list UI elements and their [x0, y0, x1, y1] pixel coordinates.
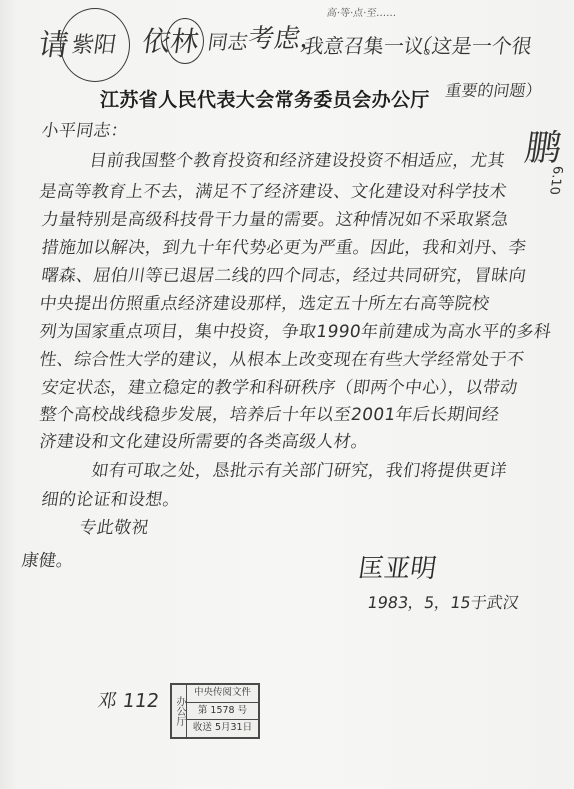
letter-date: 1983，5，15于武汉	[366, 590, 520, 613]
signature: 匡亚明	[356, 548, 439, 585]
body-line: 措施加以解决，到九十年代势必更为严重。因此，我和刘丹、李	[40, 237, 527, 259]
annotation-remark: （这是一个很	[410, 30, 534, 59]
body-line: 力量特别是高级科技骨干力量的需要。这种情况如不采取紧急	[40, 209, 510, 231]
body-line: 细的论证和设想。	[40, 489, 181, 511]
body-line: 济建设和文化建设所需要的各类高级人材。	[38, 431, 370, 453]
annotation-comrades: 同志	[206, 26, 250, 55]
annotation-small-note: 高·等·点·至……	[326, 4, 398, 19]
body-line: 曙森、屈伯川等已退居二线的四个同志，经过共同研究，冒昧向	[40, 265, 527, 287]
letterhead: 江苏省人民代表大会常务委员会办公厅	[100, 85, 430, 112]
stamp-date: 收送 5月31日	[187, 720, 258, 737]
salutation: 小平同志：	[40, 120, 130, 142]
body-line: 列为国家重点项目，集中投资，争取1990年前建成为高水平的多科	[38, 321, 553, 343]
margin-note-name: 鹏	[522, 120, 565, 171]
archive-mark: 邓 112	[96, 686, 161, 713]
closing-line-1: 专此敬祝	[78, 517, 150, 539]
body-line: 目前我国整个教育投资和经济建设投资不相适应，尤其	[88, 150, 506, 172]
circulation-stamp: 办公厅 中央传阅文件 第 1578 号 收送 5月31日	[170, 683, 260, 739]
body-line: 是高等教育上不去，满足不了经济建设、文化建设对科学技术	[38, 181, 508, 203]
closing-line-2: 康健。	[20, 550, 75, 572]
stamp-title: 中央传阅文件	[187, 685, 258, 703]
annotation-remark-line2: 重要的问题）	[444, 78, 543, 101]
annotation-name-ziyang: 紫阳	[70, 28, 118, 59]
stamp-number: 第 1578 号	[187, 703, 258, 721]
stamp-side-label: 办公厅	[172, 685, 187, 737]
margin-note-date: 6.10	[546, 166, 565, 195]
body-line: 整个高校战线稳步发展，培养后十年以至2001年后长期间经	[38, 404, 501, 426]
body-line: 安定状态，建立稳定的教学和科研秩序（即两个中心），以带动	[40, 377, 519, 399]
circle-mark	[166, 18, 204, 64]
body-line: 性、综合性大学的建议，从根本上改变现在有些大学经常处于不	[38, 349, 525, 371]
body-line: 中央提出仿照重点经济建设那样，选定五十所左右高等院校	[38, 293, 491, 315]
body-line: 如有可取之处，恳批示有关部门研究，我们将提供更详	[90, 460, 508, 482]
